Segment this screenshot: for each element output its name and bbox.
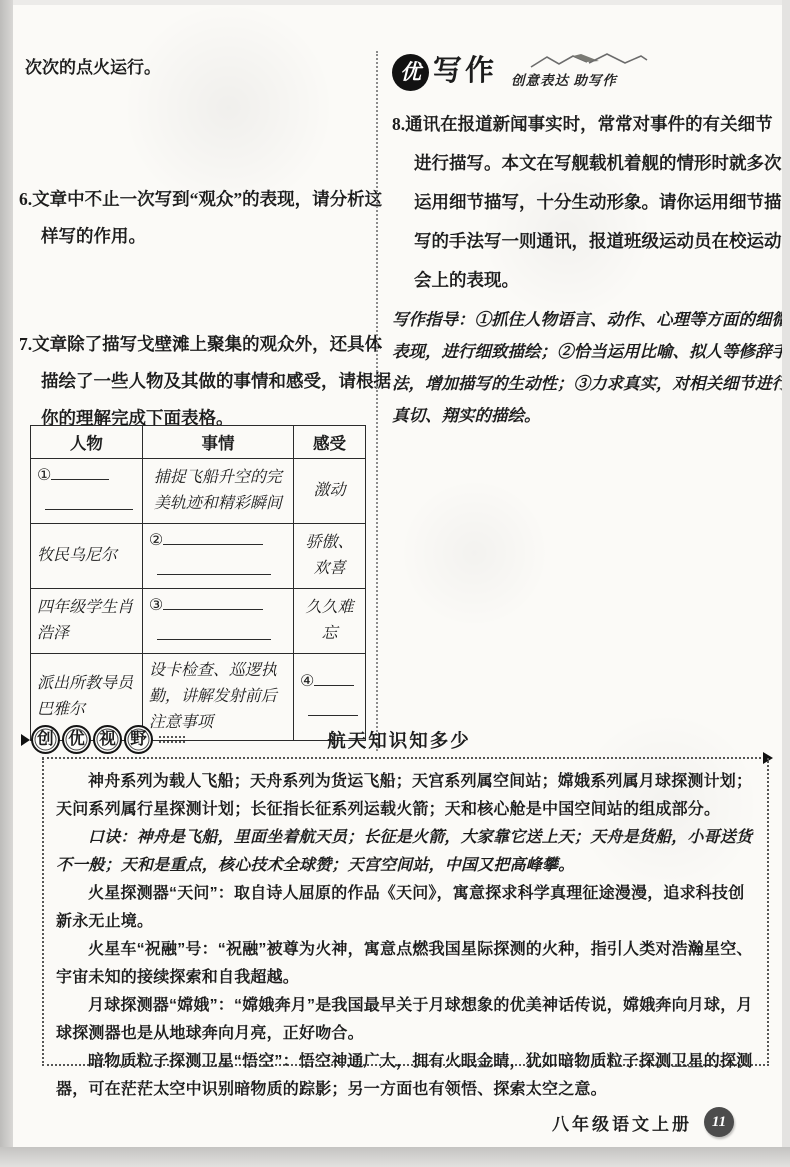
- question-8: 8.通讯在报道新闻事实时，常常对事件的有关细节进行描写。本文在写舰载机着舰的情形…: [392, 105, 788, 300]
- fill-in-blank: [51, 465, 109, 480]
- page-footer: 八年级语文上册 11: [552, 1107, 734, 1137]
- vision-section-header: 创 优 视 野 航天知识知多少: [21, 723, 777, 757]
- table-header-row: 人物 事情 感受: [31, 426, 366, 459]
- table-row: 牧民乌尼尔 ② 骄傲、欢喜: [31, 524, 366, 589]
- mountain-sketch-icon: [529, 51, 649, 69]
- cell-event-blank-2: ②: [142, 524, 293, 589]
- header-feeling: 感受: [294, 426, 366, 459]
- fill-in-blank: [45, 495, 133, 510]
- header-person: 人物: [31, 426, 143, 459]
- column-divider: [376, 51, 378, 751]
- header-event: 事情: [142, 426, 293, 459]
- question-8-number: 8.: [392, 114, 405, 134]
- question-6-number: 6.: [19, 189, 32, 209]
- slogan-block: 创意表达 助写作: [511, 51, 649, 91]
- cell-event: 捕捉飞船升空的完美轨迹和精彩瞬间: [142, 459, 293, 524]
- circled-number-4: ④: [300, 673, 314, 690]
- question-7-text: 文章除了描写戈壁滩上聚集的观众外，还具体描绘了一些人物及其做的事情和感受，请根据…: [32, 334, 391, 428]
- cell-person: 四年级学生肖浩泽: [31, 589, 143, 654]
- carryover-text: 次次的点火运行。: [25, 53, 161, 78]
- writing-guide: 写作指导：①抓住人物语言、动作、心理等方面的细微表现，进行细致描绘；②恰当运用比…: [392, 304, 788, 432]
- scan-edge-bottom: [0, 1147, 790, 1167]
- cell-person: 牧民乌尼尔: [31, 524, 143, 589]
- knowledge-paragraph-mnemonic: 口诀：神舟是飞船，里面坐着航天员；长征是火箭，大家靠它送上天；天舟是货船，小哥送…: [56, 824, 755, 880]
- fill-in-blank: [163, 530, 263, 545]
- knowledge-paragraph: 火星探测器“天问”：取自诗人屈原的作品《天问》，寓意探求科学真理征途漫漫，追求科…: [56, 880, 755, 936]
- scanned-workbook-page: 次次的点火运行。 6.文章中不止一次写到“观众”的表现，请分析这样写的作用。 7…: [13, 5, 782, 1147]
- question-7-number: 7.: [19, 334, 32, 354]
- you-badge-icon: 优: [392, 54, 429, 91]
- vision-title: 航天知识知多少: [21, 727, 777, 753]
- question-7: 7.文章除了描写戈壁滩上聚集的观众外，还具体描绘了一些人物及其做的事情和感受，请…: [19, 326, 391, 437]
- book-title: 八年级语文上册: [552, 1110, 692, 1135]
- writing-section: 优 写作 创意表达 助写作 8.通讯在报道新闻事实时，常常对事件的有关细节进行描…: [392, 45, 788, 432]
- fill-in-blank: [157, 625, 271, 640]
- cell-feeling: 久久难忘: [294, 589, 366, 654]
- cell-feeling: 激动: [294, 459, 366, 524]
- cell-person-blank-1: ①: [31, 459, 143, 524]
- scan-edge-right: [782, 0, 790, 1167]
- writing-section-title: 写作: [433, 51, 497, 91]
- circled-number-3: ③: [149, 597, 163, 614]
- knowledge-paragraph: 月球探测器“嫦娥”：“嫦娥奔月”是我国最早关于月球想象的优美神话传说，嫦娥奔向月…: [56, 992, 755, 1048]
- page-number-badge: 11: [704, 1107, 734, 1137]
- cell-feeling: 骄傲、欢喜: [294, 524, 366, 589]
- question-8-text: 通讯在报道新闻事实时，常常对事件的有关细节进行描写。本文在写舰载机着舰的情形时就…: [405, 114, 781, 290]
- character-event-feeling-table: 人物 事情 感受 ① 捕捉飞船升空的完美轨迹和精彩瞬间 激动 牧民乌尼尔 ② 骄…: [30, 425, 366, 741]
- fill-in-blank: [163, 595, 263, 610]
- cell-event-blank-3: ③: [142, 589, 293, 654]
- question-6-text: 文章中不止一次写到“观众”的表现，请分析这样写的作用。: [32, 189, 382, 246]
- fill-in-blank: [157, 560, 271, 575]
- question-6: 6.文章中不止一次写到“观众”的表现，请分析这样写的作用。: [19, 181, 387, 255]
- scan-edge-top: [0, 0, 790, 5]
- circled-number-1: ①: [37, 467, 51, 484]
- circled-number-2: ②: [149, 532, 163, 549]
- table-row: ① 捕捉飞船升空的完美轨迹和精彩瞬间 激动: [31, 459, 366, 524]
- table-row: 四年级学生肖浩泽 ③ 久久难忘: [31, 589, 366, 654]
- knowledge-paragraph: 暗物质粒子探测卫星“悟空”：悟空神通广大，拥有火眼金睛，犹如暗物质粒子探测卫星的…: [56, 1048, 755, 1104]
- scan-edge-left: [0, 0, 13, 1167]
- writing-slogan: 创意表达 助写作: [511, 69, 649, 89]
- aerospace-knowledge-box: 神舟系列为载人飞船；天舟系列为货运飞船；天宫系列属空间站；嫦娥系列属月球探测计划…: [42, 758, 769, 1066]
- writing-section-header: 优 写作 创意表达 助写作: [392, 45, 788, 91]
- knowledge-paragraph: 神舟系列为载人飞船；天舟系列为货运飞船；天宫系列属空间站；嫦娥系列属月球探测计划…: [56, 768, 755, 824]
- knowledge-paragraph: 火星车“祝融”号：“祝融”被尊为火神，寓意点燃我国星际探测的火种，指引人类对浩瀚…: [56, 936, 755, 992]
- fill-in-blank: [314, 671, 354, 686]
- fill-in-blank: [308, 701, 358, 716]
